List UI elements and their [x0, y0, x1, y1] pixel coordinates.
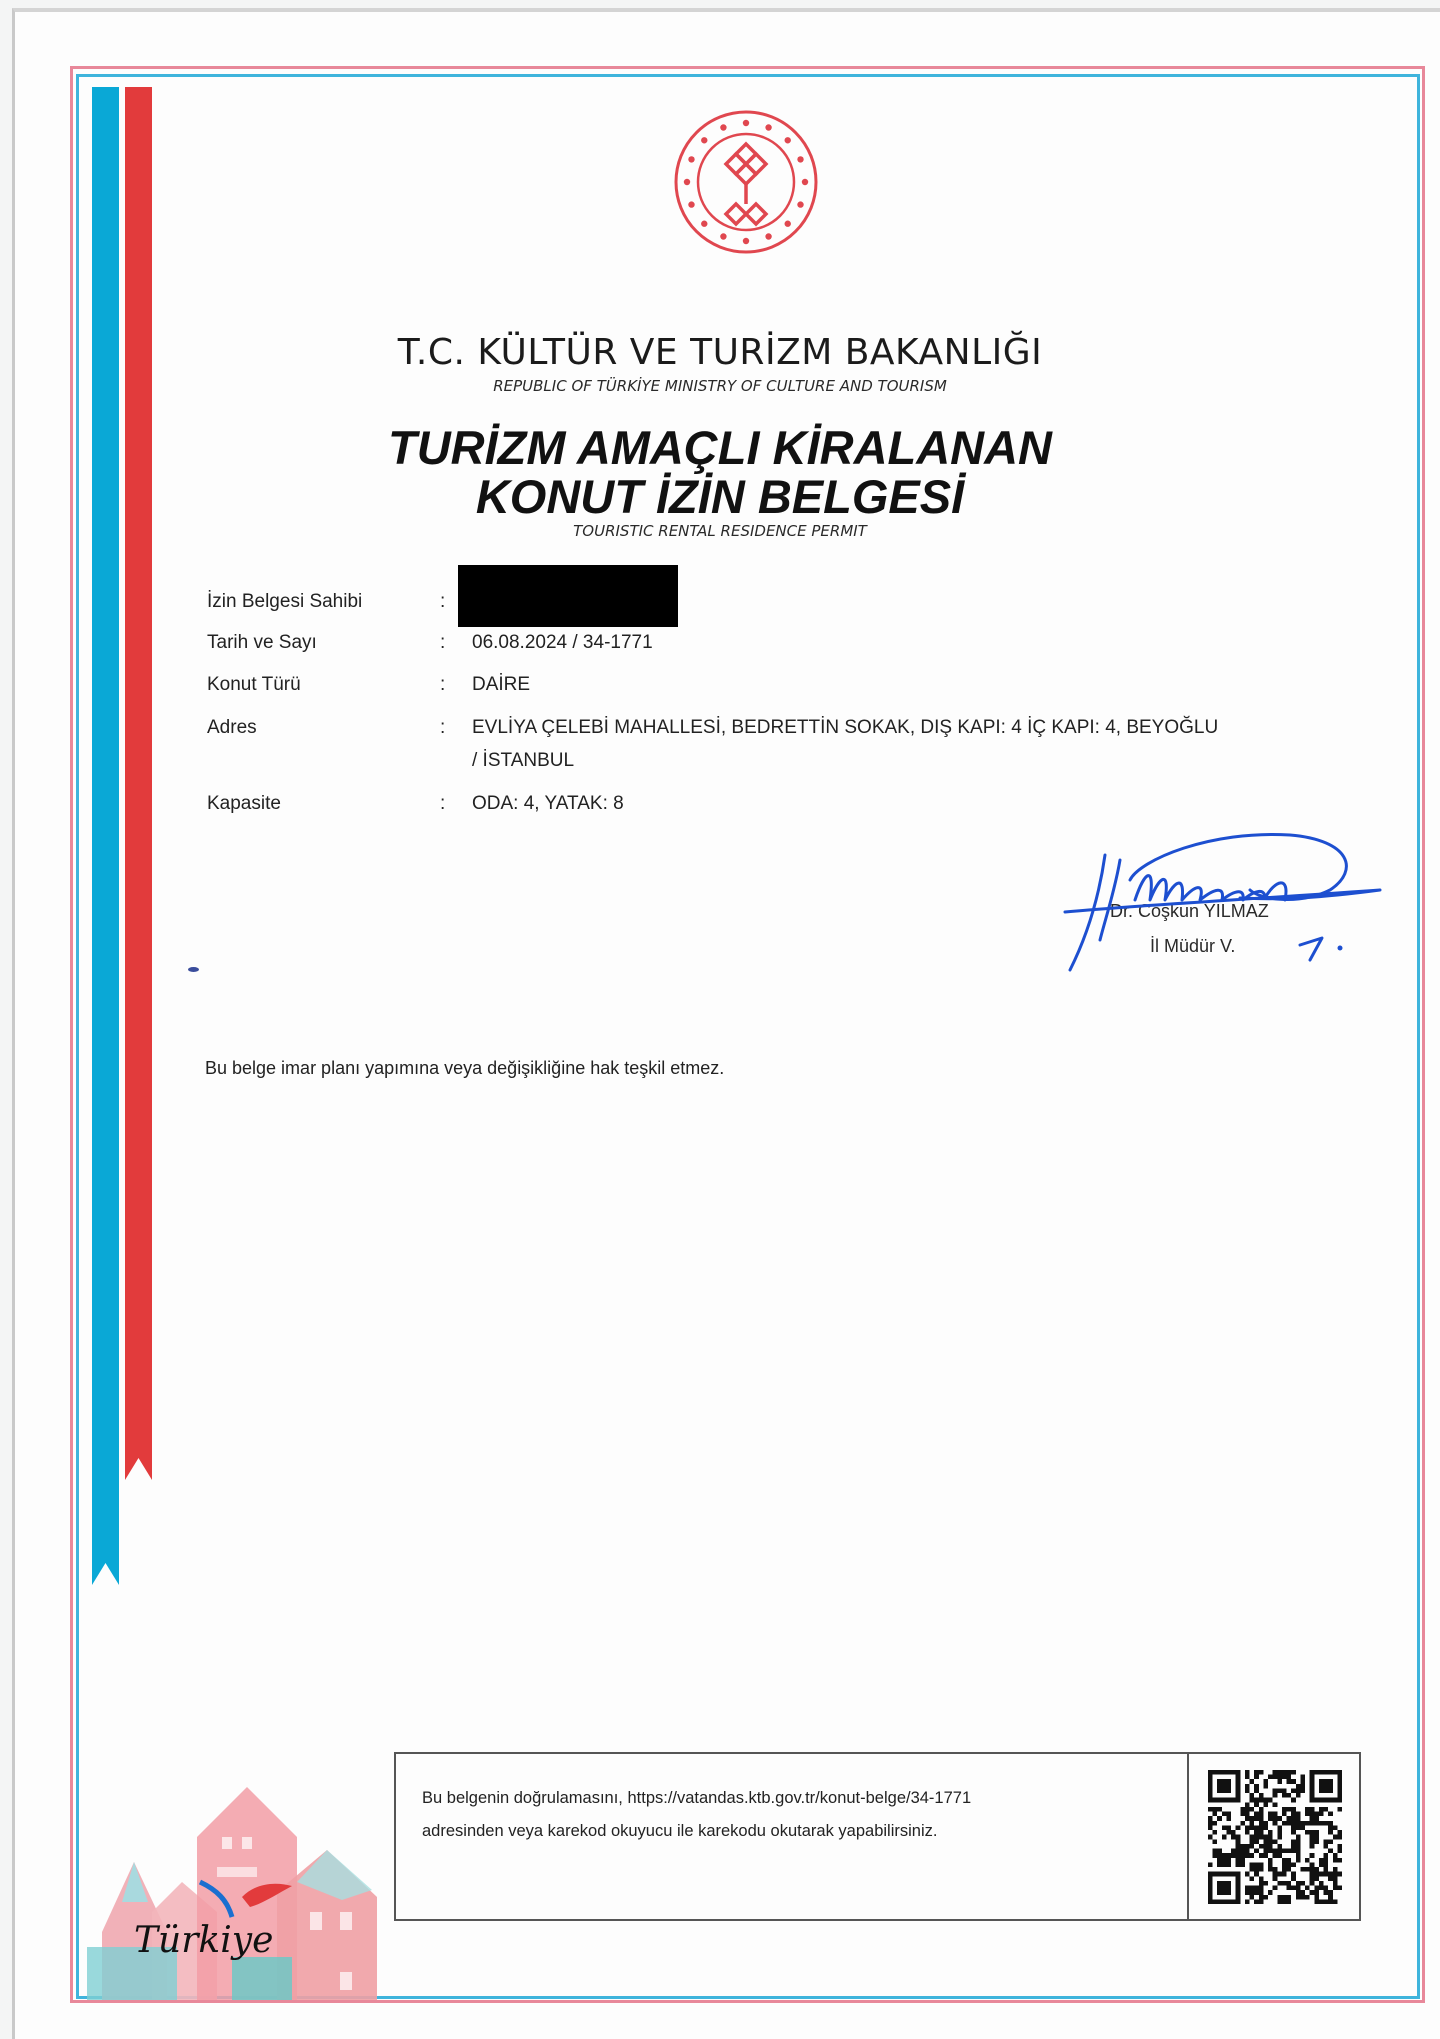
verification-divider — [1187, 1754, 1189, 1919]
qr-code-icon[interactable] — [1208, 1770, 1342, 1904]
ministry-name-english: REPUBLIC OF TÜRKİYE MINISTRY OF CULTURE … — [0, 377, 1440, 395]
signature-icon — [1060, 820, 1390, 980]
permit-title-line2: KONUT İZİN BELGESİ — [0, 472, 1440, 522]
svg-text:Türkiye: Türkiye — [134, 1920, 273, 1961]
field-separator: : — [440, 717, 445, 739]
ink-mark — [188, 967, 199, 972]
permit-title-english: TOURISTIC RENTAL RESIDENCE PERMIT — [0, 522, 1440, 540]
field-value: 06.08.2024 / 34-1771 — [472, 632, 653, 654]
field-separator: : — [440, 674, 445, 696]
field-value-line2: / İSTANBUL — [472, 750, 574, 772]
redacted-holder-name — [458, 565, 678, 627]
verification-box: Bu belgenin doğrulamasını, https://vatan… — [394, 1752, 1361, 1921]
field-separator: : — [440, 591, 445, 613]
field-label: Konut Türü — [207, 674, 301, 696]
field-label: Kapasite — [207, 793, 281, 815]
red-ribbon — [125, 87, 152, 1480]
permit-title-line1: TURİZM AMAÇLI KİRALANAN — [0, 423, 1440, 473]
ministry-name: T.C. KÜLTÜR VE TURİZM BAKANLIĞI — [0, 332, 1440, 373]
field-separator: : — [440, 632, 445, 654]
field-label: İzin Belgesi Sahibi — [207, 591, 362, 613]
verification-text: Bu belgenin doğrulamasını, https://vatan… — [422, 1782, 971, 1848]
field-label: Tarih ve Sayı — [207, 632, 317, 654]
field-value: EVLİYA ÇELEBİ MAHALLESİ, BEDRETTİN SOKAK… — [472, 717, 1218, 739]
verification-line2: adresinden veya karekod okuyucu ile kare… — [422, 1815, 971, 1848]
blue-ribbon — [92, 87, 119, 1585]
field-separator: : — [440, 793, 445, 815]
field-value: DAİRE — [472, 674, 530, 696]
zoning-notice: Bu belge imar planı yapımına veya değişi… — [205, 1058, 724, 1079]
field-value: ODA: 4, YATAK: 8 — [472, 793, 624, 815]
ministry-emblem-icon — [672, 108, 820, 256]
field-label: Adres — [207, 717, 257, 739]
turkiye-logo-icon: Türkiye — [82, 1782, 382, 2000]
verification-line1: Bu belgenin doğrulamasını, https://vatan… — [422, 1782, 971, 1815]
